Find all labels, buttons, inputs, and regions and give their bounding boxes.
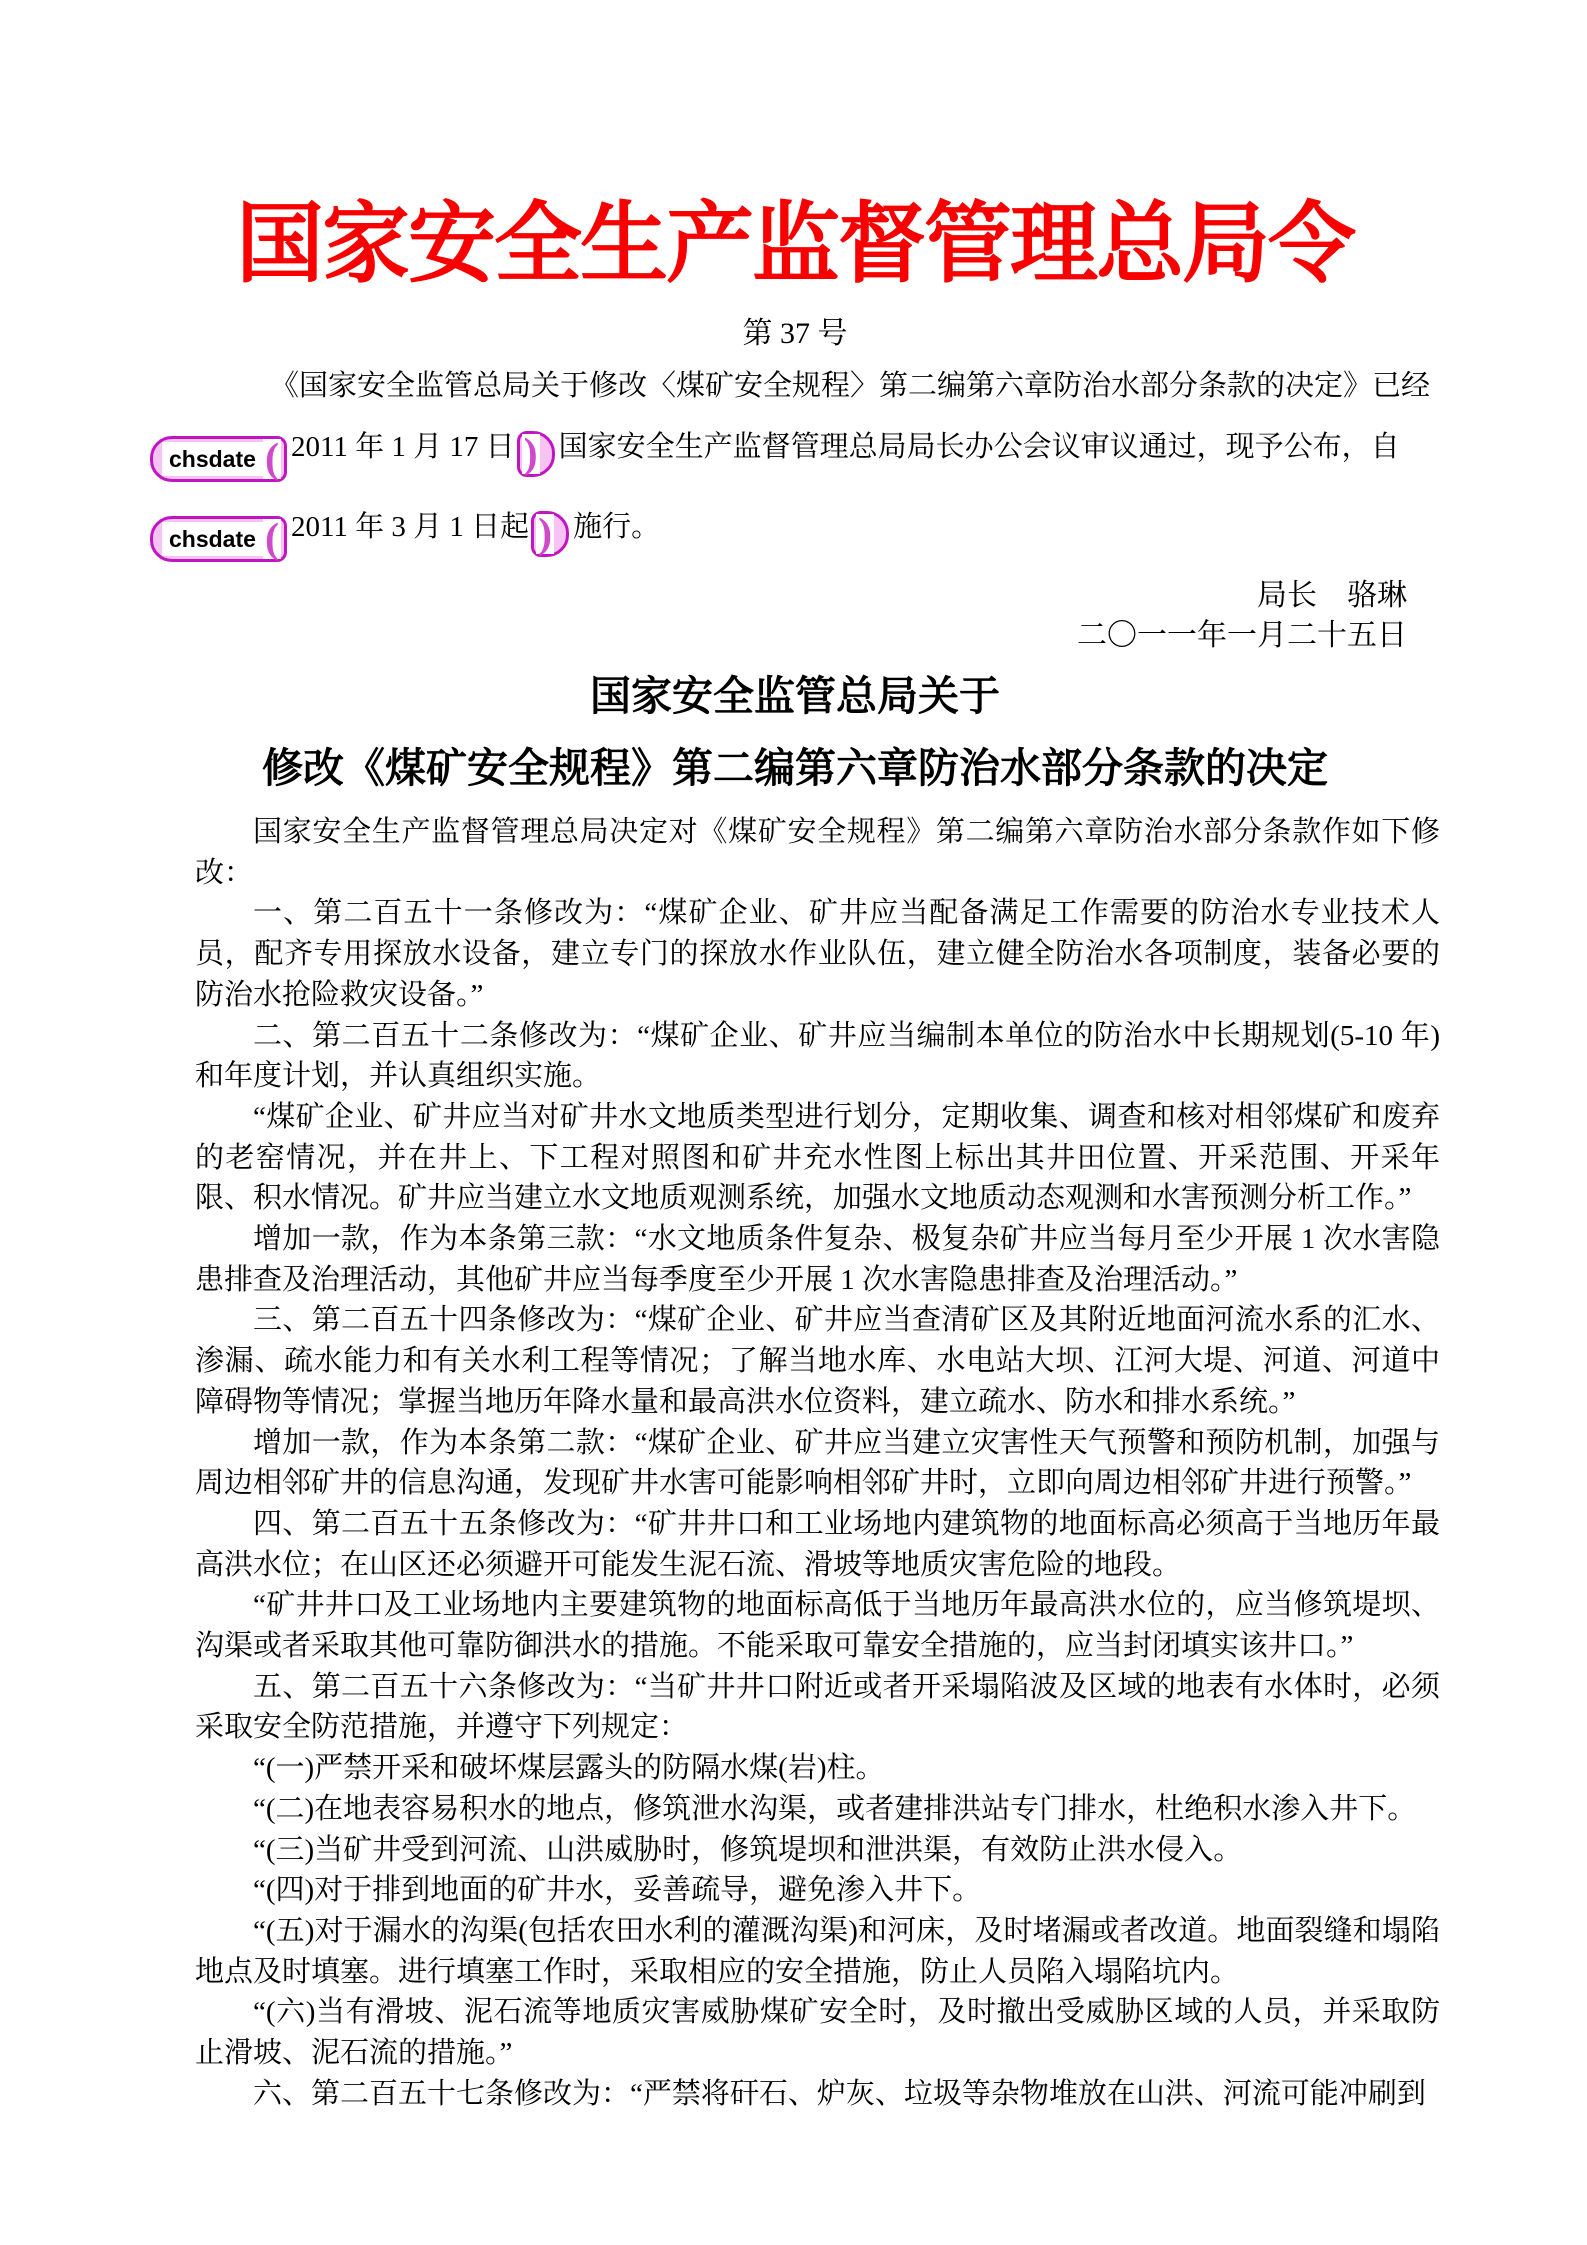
smarttag-open-bracket: chsdate(: [150, 516, 287, 562]
body-paragraph: 四、第二百五十五条修改为：“矿井井口和工业场地内建筑物的地面标高必须高于当地历年…: [195, 1504, 1440, 1585]
smarttag-label: chsdate: [162, 522, 263, 556]
body-paragraph: “矿井井口及工业场地内主要建筑物的地面标高低于当地历年最高洪水位的，应当修筑堤坝…: [195, 1585, 1440, 1666]
body-paragraph: “(六)当有滑坡、泥石流等地质灾害威胁煤矿安全时，及时撤出受威胁区域的人员，并采…: [195, 1992, 1440, 2073]
decision-title-line1: 国家安全监管总局关于: [150, 660, 1440, 732]
date-text: 2011 年 3 月 1 日起: [291, 511, 529, 543]
smarttag-close-bracket: ): [531, 511, 569, 557]
masthead-title: 国家安全生产监督管理总局令: [150, 196, 1440, 296]
body-paragraph: “(三)当矿井受到河流、山洪威胁时，修筑堤坝和泄洪渠，有效防止洪水侵入。: [195, 1830, 1440, 1871]
preamble-line: chsdate(2011 年 1 月 17 日)国家安全生产监督管理总局局长办公…: [150, 421, 1440, 482]
body-paragraph: 二、第二百五十二条修改为：“煤矿企业、矿井应当编制本单位的防治水中长期规划(5-…: [195, 1016, 1440, 1097]
smarttag-open-bracket: chsdate(: [150, 436, 287, 482]
body-paragraph: 国家安全生产监督管理总局决定对《煤矿安全规程》第二编第六章防治水部分条款作如下修…: [195, 812, 1440, 893]
signature-block: 局长 骆琳 二〇一一年一月二十五日: [150, 576, 1440, 656]
decision-title-line2: 修改《煤矿安全规程》第二编第六章防治水部分条款的决定: [150, 732, 1440, 804]
body-paragraph: 一、第二百五十一条修改为：“煤矿企业、矿井应当配备满足工作需要的防治水专业技术人…: [195, 893, 1440, 1015]
document-body: 国家安全生产监督管理总局决定对《煤矿安全规程》第二编第六章防治水部分条款作如下修…: [195, 812, 1440, 2115]
order-number: 第 37 号: [150, 314, 1440, 354]
smarttag-close-bracket: ): [517, 431, 555, 477]
preamble-line: chsdate(2011 年 3 月 1 日起)施行。: [150, 501, 1440, 562]
body-paragraph: 三、第二百五十四条修改为：“煤矿企业、矿井应当查清矿区及其附近地面河流水系的汇水…: [195, 1300, 1440, 1422]
signer-name: 局长 骆琳: [150, 576, 1407, 616]
body-paragraph: “煤矿企业、矿井应当对矿井水文地质类型进行划分，定期收集、调查和核对相邻煤矿和废…: [195, 1097, 1440, 1219]
signature-date: 二〇一一年一月二十五日: [150, 616, 1407, 656]
smarttag-open-paren-icon: (: [263, 519, 281, 559]
date-text: 2011 年 1 月 17 日: [291, 431, 515, 463]
body-paragraph: 五、第二百五十六条修改为：“当矿井井口附近或者开采塌陷波及区域的地表有水体时，必…: [195, 1667, 1440, 1748]
document-page: 国家安全生产监督管理总局令 第 37 号 《国家安全监管总局关于修改〈煤矿安全规…: [0, 0, 1587, 2245]
decision-title: 国家安全监管总局关于 修改《煤矿安全规程》第二编第六章防治水部分条款的决定: [150, 660, 1440, 804]
smarttag-label: chsdate: [162, 442, 263, 476]
smarttag-open-paren-icon: (: [263, 439, 281, 479]
body-paragraph: “(五)对于漏水的沟渠(包括农田水利的灌溉沟渠)和河床，及时堵漏或者改道。地面裂…: [195, 1911, 1440, 1992]
body-paragraph: “(二)在地表容易积水的地点，修筑泄水沟渠，或者建排洪站专门排水，杜绝积水渗入井…: [195, 1789, 1440, 1830]
preamble-text: 施行。: [573, 511, 660, 543]
smarttag-close-paren-icon: ): [536, 514, 554, 554]
body-paragraph: “(一)严禁开采和破坏煤层露头的防隔水煤(岩)柱。: [195, 1748, 1440, 1789]
preamble: 《国家安全监管总局关于修改〈煤矿安全规程〉第二编第六章防治水部分条款的决定》已经…: [150, 366, 1440, 562]
body-paragraph: 六、第二百五十七条修改为：“严禁将矸石、炉灰、垃圾等杂物堆放在山洪、河流可能冲刷…: [195, 2074, 1440, 2115]
preamble-line: 《国家安全监管总局关于修改〈煤矿安全规程〉第二编第六章防治水部分条款的决定》已经: [150, 366, 1440, 406]
smarttag-close-paren-icon: ): [522, 434, 540, 474]
body-paragraph: 增加一款，作为本条第三款：“水文地质条件复杂、极复杂矿井应当每月至少开展 1 次…: [195, 1219, 1440, 1300]
body-paragraph: 增加一款，作为本条第二款：“煤矿企业、矿井应当建立灾害性天气预警和预防机制，加强…: [195, 1423, 1440, 1504]
body-paragraph: “(四)对于排到地面的矿井水，妥善疏导，避免渗入井下。: [195, 1870, 1440, 1911]
preamble-text: 国家安全生产监督管理总局局长办公会议审议通过，现予公布，自: [559, 431, 1400, 463]
